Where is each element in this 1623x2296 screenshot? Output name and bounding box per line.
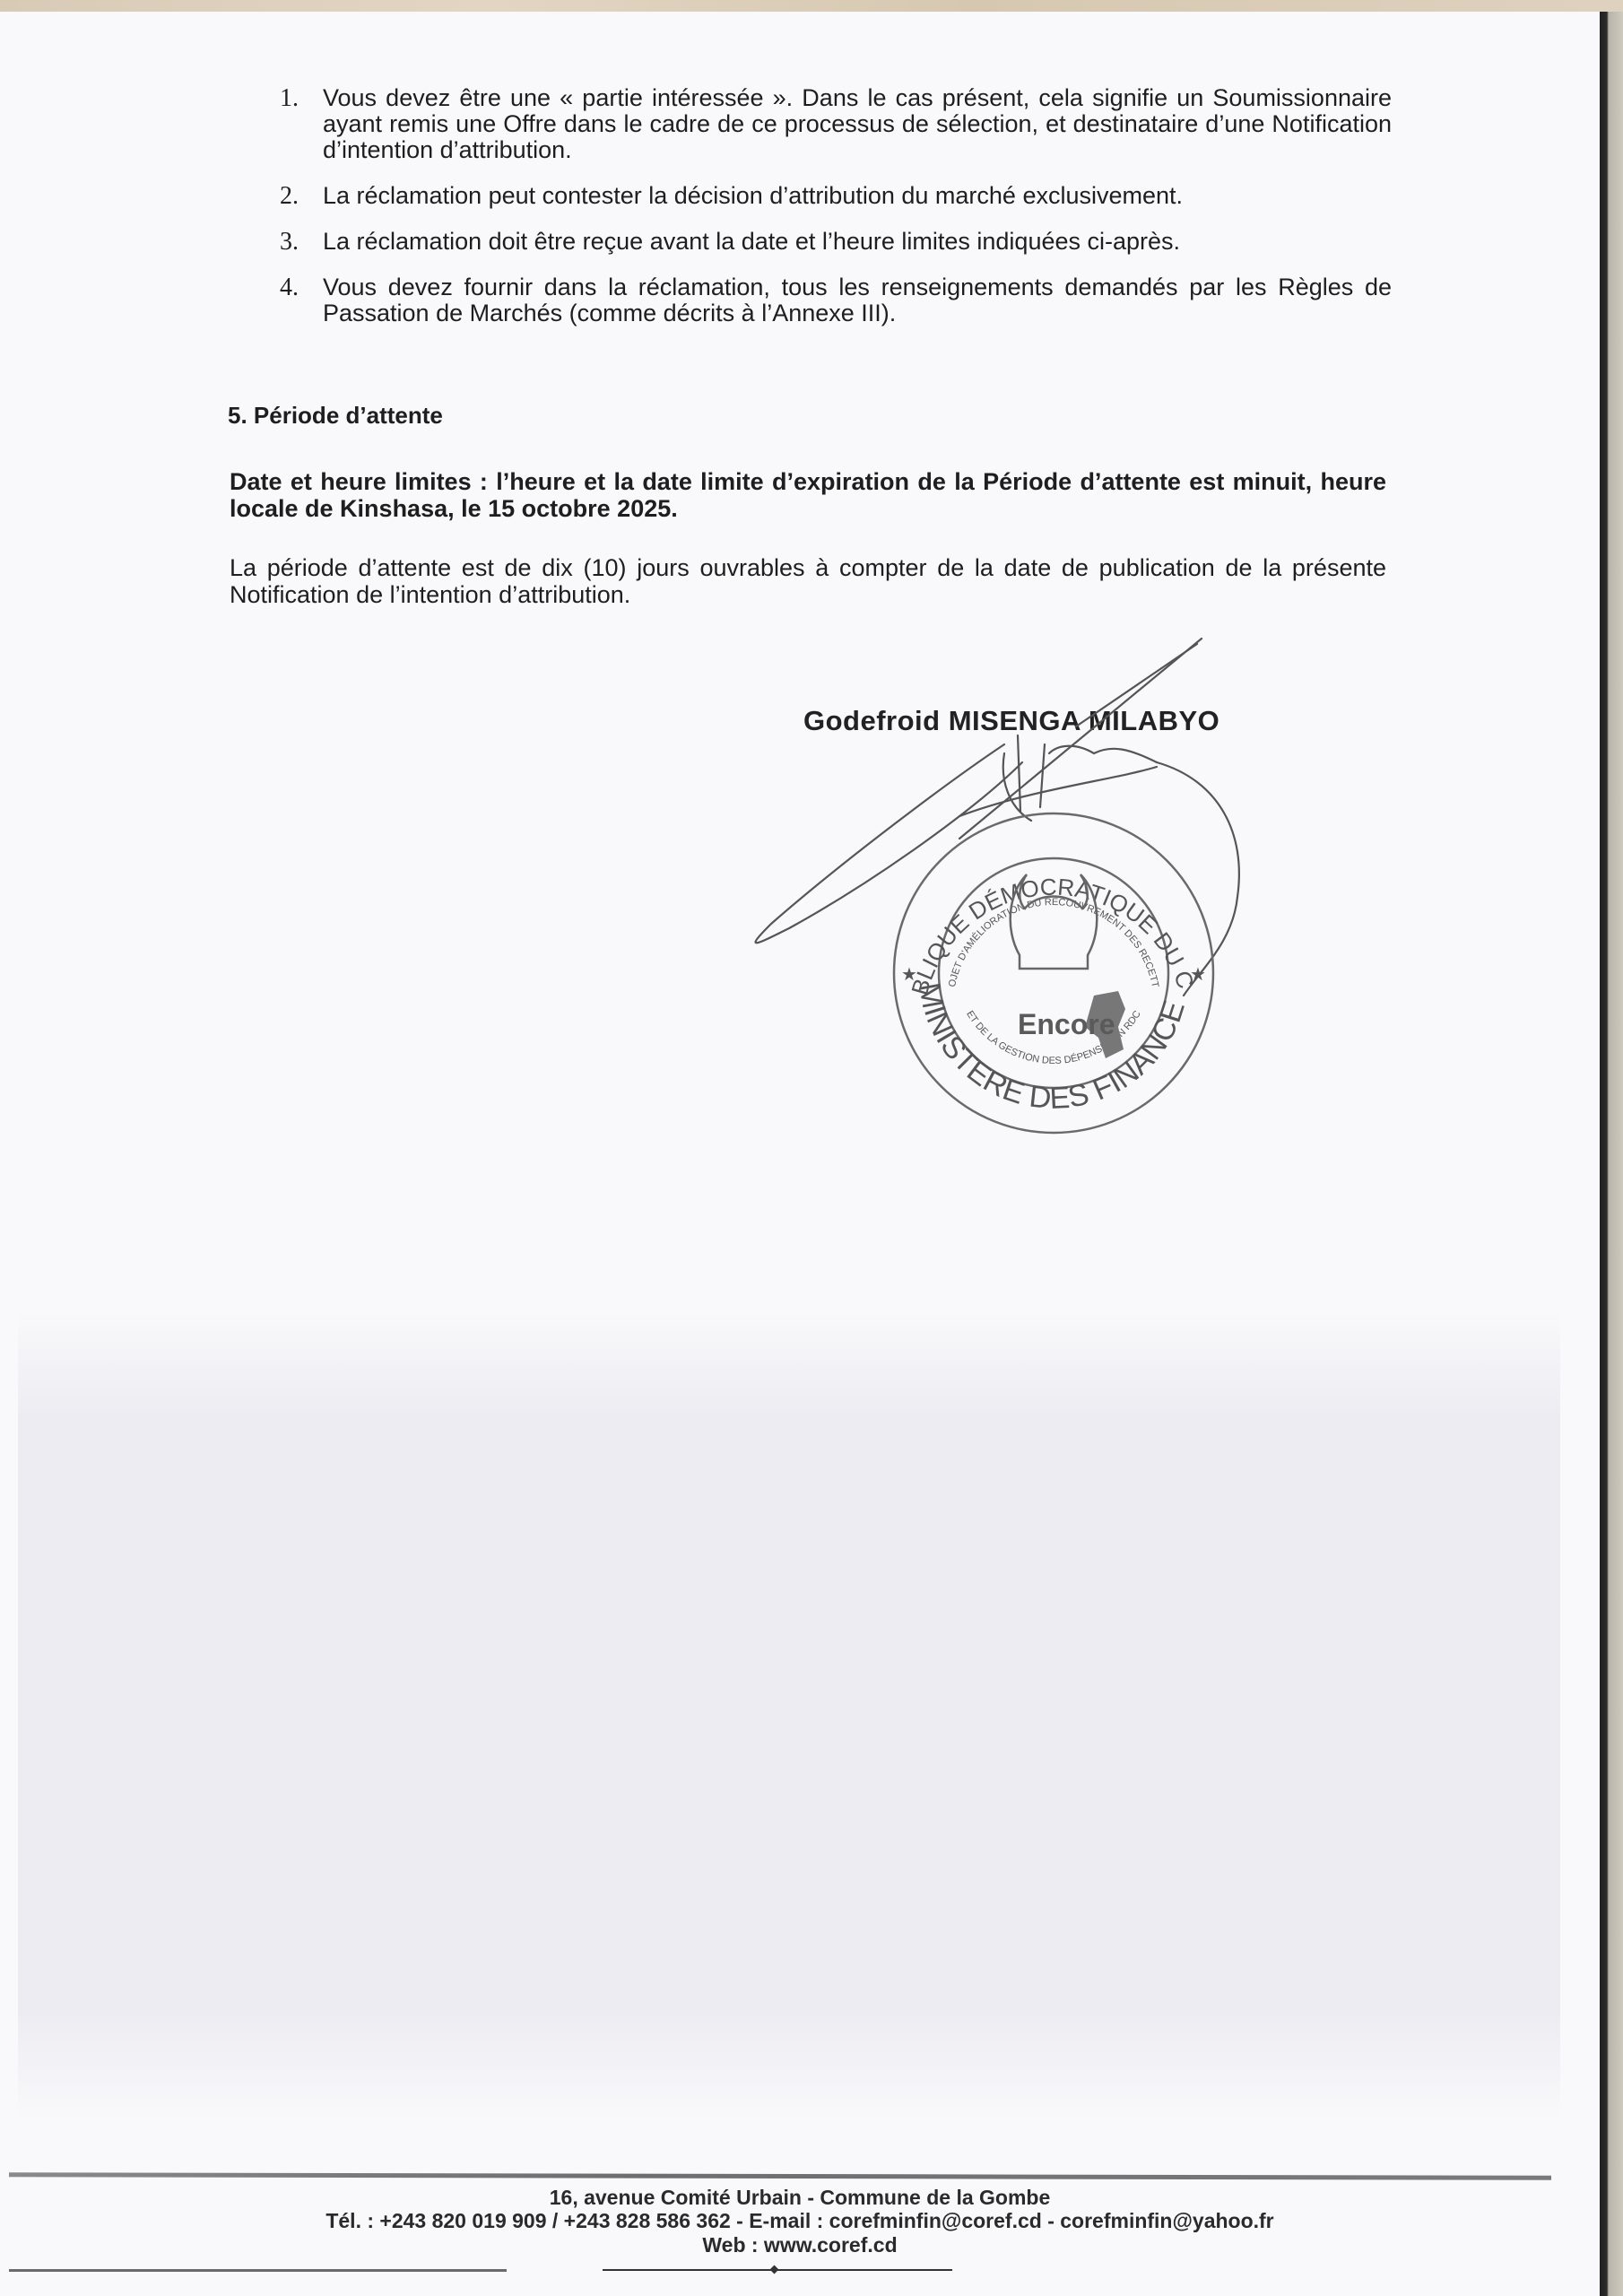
- deadline-paragraph: Date et heure limites : l’heure et la da…: [230, 468, 1386, 522]
- footer-web: Web : www.coref.cd: [0, 2233, 1600, 2257]
- scan-top-edge: [0, 0, 1623, 12]
- section-heading: 5. Période d’attente: [228, 402, 443, 430]
- footer-contact: Tél. : +243 820 019 909 / +243 828 586 3…: [0, 2209, 1600, 2233]
- list-number: 1.: [280, 85, 299, 111]
- svg-text:Encore: Encore: [1018, 1008, 1115, 1040]
- list-item: 2. La réclamation peut contester la déci…: [280, 183, 1392, 209]
- footer-address: 16, avenue Comité Urbain - Commune de la…: [0, 2186, 1600, 2210]
- list-text: Vous devez être une « partie intéressée …: [323, 84, 1392, 163]
- list-text: La réclamation peut contester la décisio…: [323, 182, 1183, 209]
- svg-text:★: ★: [1190, 965, 1206, 985]
- list-text: Vous devez fournir dans la réclamation, …: [323, 274, 1392, 326]
- list-item: 1. Vous devez être une « partie intéress…: [280, 85, 1392, 163]
- list-number: 3.: [280, 229, 299, 255]
- list-number: 4.: [280, 274, 299, 300]
- list-text: La réclamation doit être reçue avant la …: [323, 228, 1180, 255]
- official-stamp-icon: RÉPUBLIQUE DÉMOCRATIQUE DU CONGO MINISTE…: [883, 803, 1224, 1144]
- scan-right-edge: [1600, 12, 1623, 2296]
- scan-shading: [18, 1312, 1560, 2119]
- requirements-list: 1. Vous devez être une « partie intéress…: [280, 85, 1392, 346]
- footer-rule-left: [9, 2269, 507, 2272]
- waiting-period-paragraph: La période d’attente est de dix (10) jou…: [230, 554, 1386, 608]
- list-item: 3. La réclamation doit être reçue avant …: [280, 229, 1392, 255]
- svg-text:★: ★: [901, 965, 917, 985]
- list-item: 4. Vous devez fournir dans la réclamatio…: [280, 274, 1392, 326]
- list-number: 2.: [280, 183, 299, 209]
